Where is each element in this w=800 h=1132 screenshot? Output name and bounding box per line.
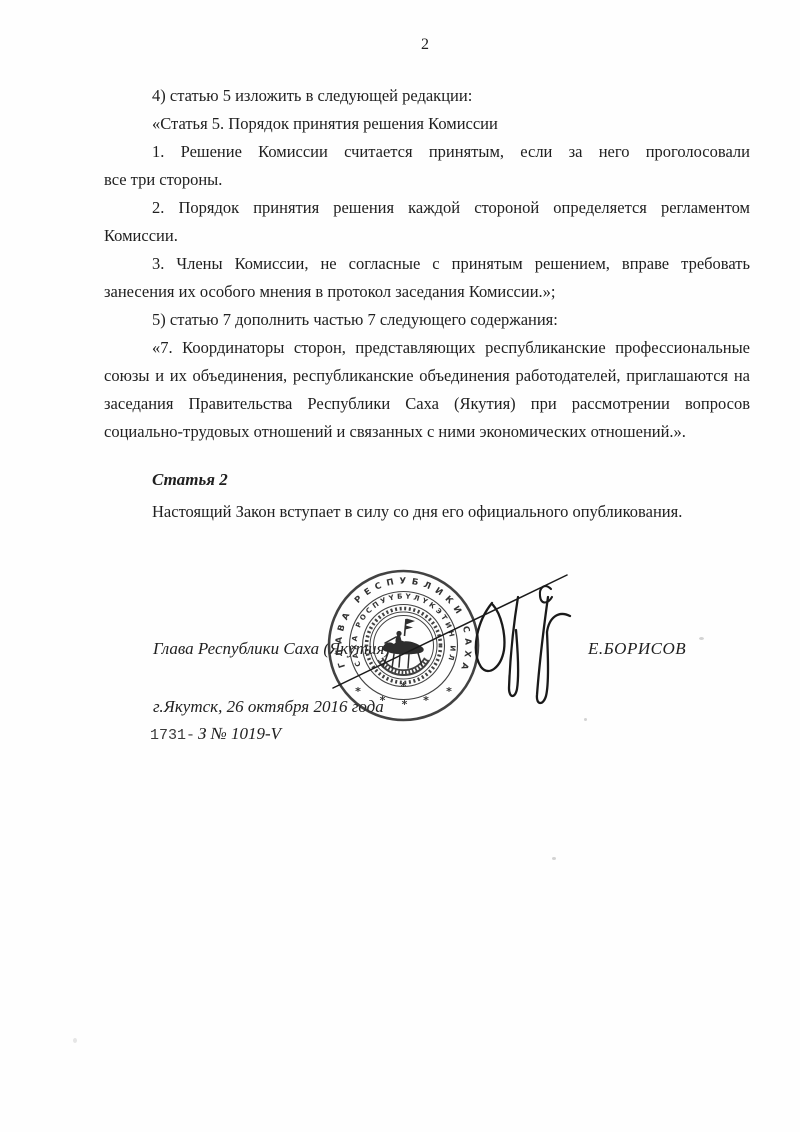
article-text: Настоящий Закон вступает в силу со дня е… <box>104 498 750 526</box>
paragraph-line: 5) статью 7 дополнить частью 7 следующег… <box>104 306 750 334</box>
handwritten-signature <box>320 563 590 723</box>
scan-speck <box>552 857 556 860</box>
paragraph-line: социально-трудовых отношений и связанных… <box>104 418 750 446</box>
paragraph-line: заседания Правительства Республики Саха … <box>104 390 750 418</box>
paragraph-line: все три стороны. <box>104 166 750 194</box>
scan-speck <box>699 637 704 640</box>
paragraph-line: Комиссии. <box>104 222 750 250</box>
paragraph-line: 3. Члены Комиссии, не согласные с принят… <box>104 250 750 278</box>
paragraph-line: 1. Решение Комиссии считается принятым, … <box>104 138 750 166</box>
paragraph-line: союзы и их объединения, республиканские … <box>104 362 750 390</box>
paragraph-line: 4) статью 5 изложить в следующей редакци… <box>104 82 750 110</box>
paragraph-line: 2. Порядок принятия решения каждой сторо… <box>104 194 750 222</box>
document-number: 1731-З № 1019-V <box>150 724 281 744</box>
document-page: 2 4) статью 5 изложить в следующей редак… <box>0 0 800 1132</box>
paragraph-line: «Статья 5. Порядок принятия решения Коми… <box>104 110 750 138</box>
page-number: 2 <box>102 36 748 54</box>
paragraph-line: «7. Координаторы сторон, представляющих … <box>104 334 750 362</box>
paragraph-line: Настоящий Закон вступает в силу со дня е… <box>104 498 750 526</box>
article-heading: Статья 2 <box>152 470 228 490</box>
document-body: 4) статью 5 изложить в следующей редакци… <box>104 82 750 446</box>
document-number-prefix: 1731- <box>150 727 195 744</box>
scan-speck <box>73 1038 77 1043</box>
document-number-suffix: З № 1019-V <box>198 724 281 743</box>
paragraph-line: занесения их особого мнения в протокол з… <box>104 278 750 306</box>
signer-name: Е.БОРИСОВ <box>588 639 686 659</box>
signature-cross-stroke <box>333 575 567 688</box>
